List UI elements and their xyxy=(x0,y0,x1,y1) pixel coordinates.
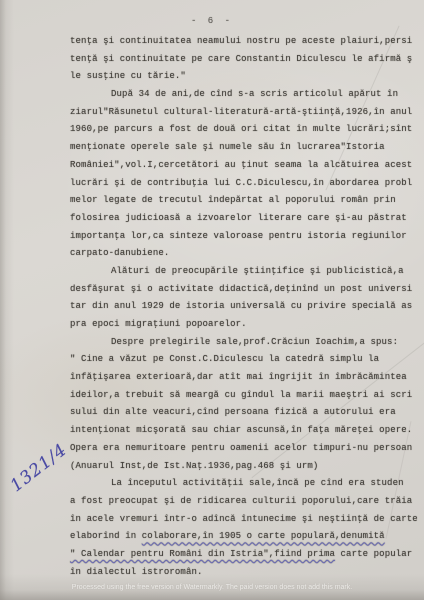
ink-underlined-text: colaborare,în 1905 o carte populară,denu… xyxy=(142,531,385,541)
text-line: menţionate operele sale şi numele său în… xyxy=(70,139,420,157)
text-segment: ideilor,a trebuit să meargă cu gîndul la… xyxy=(70,390,412,400)
text-segment: lucrări şi de contribuţia lui C.C.Dicule… xyxy=(70,178,412,188)
ink-underlined-text: " Calendar pentru Români din Istria",fii… xyxy=(70,549,335,559)
text-line: tenţă şi continuitate pe care Constantin… xyxy=(70,51,420,69)
text-segment: Despre prelegirile sale,prof.Crăciun Ioa… xyxy=(111,337,398,347)
text-segment: (Anuarul Inst,de Ist.Naţ.1936,pag.468 şi… xyxy=(70,461,318,471)
text-line: elaborînd în colaborare,în 1905 o carte … xyxy=(70,528,420,546)
text-line: ziarul"Răsunetul cultural-literatură-art… xyxy=(70,104,420,122)
text-line: ideilor,a trebuit să meargă cu gîndul la… xyxy=(70,387,420,405)
text-line: melor legate de trecutul îndepărtat al p… xyxy=(70,192,420,210)
text-segment: în dialectul istroromân. xyxy=(70,567,203,577)
text-line: desfăşurat şi o activitate didactică,deţ… xyxy=(70,281,420,299)
text-line: în acele vremuri într-o adîncă întunecim… xyxy=(70,511,420,529)
text-line: 1960,pe parcurs a fost de două ori citat… xyxy=(70,121,420,139)
page-number: - 6 - xyxy=(0,16,424,26)
text-segment: Alături de preocupările ştiinţifice şi p… xyxy=(111,266,404,276)
text-line: lucrări şi de contribuţia lui C.C.Dicule… xyxy=(70,175,420,193)
text-segment: carpato-danubiene. xyxy=(70,248,169,258)
text-segment: le susţine cu tărie." xyxy=(70,71,186,81)
text-line: tar din anul 1929 de istoria universală … xyxy=(70,298,420,316)
text-segment: folosirea judicioasă a izvoarelor litera… xyxy=(70,213,407,223)
text-segment: După 34 de ani,de cînd s-a scris articol… xyxy=(111,89,398,99)
text-segment: intenţionat micşorată sau chiar ascunsă,… xyxy=(70,425,412,435)
text-line: tenţa şi continuitatea neamului nostru p… xyxy=(70,33,420,51)
text-segment: ziarul"Răsunetul cultural-literatură-art… xyxy=(70,107,412,117)
text-segment: sului din alte veacuri,cînd persoana fiz… xyxy=(70,407,396,417)
text-line: După 34 de ani,de cînd s-a scris articol… xyxy=(70,86,420,104)
text-line: a fost preocupat şi de ridicarea culturi… xyxy=(70,493,420,511)
text-segment: 1960,pe parcurs a fost de două ori citat… xyxy=(70,124,412,134)
text-segment: importanţa lor,ca sinteze valoroase pent… xyxy=(70,231,407,241)
text-segment: " Cine a văzut pe Const.C.Diculescu la c… xyxy=(70,354,379,364)
text-segment: tenţă şi continuitate pe care Constantin… xyxy=(70,54,412,64)
text-segment: La începutul activităţii sale,încă pe cî… xyxy=(111,478,404,488)
text-segment: Opera era nemuritoare pentru oamenii ace… xyxy=(70,443,412,453)
text-line: României",vol.I,cercetători au ţinut sea… xyxy=(70,157,420,175)
text-line: înfăţişarea exterioară,dar atît mai îngr… xyxy=(70,369,420,387)
text-line: sului din alte veacuri,cînd persoana fiz… xyxy=(70,404,420,422)
scanned-document-page: - 6 - tenţa şi continuitatea neamului no… xyxy=(0,0,424,600)
text-segment: înfăţişarea exterioară,dar atît mai îngr… xyxy=(70,372,407,382)
text-line: în dialectul istroromân. xyxy=(70,564,420,582)
text-line: le susţine cu tărie." xyxy=(70,68,420,86)
text-segment: a fost preocupat şi de ridicarea culturi… xyxy=(70,496,412,506)
watermarkly-trial-watermark: Processed using the free version of Wate… xyxy=(0,584,424,591)
text-line: (Anuarul Inst,de Ist.Naţ.1936,pag.468 şi… xyxy=(70,458,420,476)
handwritten-margin-note: 1321/4 xyxy=(7,440,71,496)
text-segment: pra epoci migraţiuni popoarelor. xyxy=(70,319,247,329)
text-line: importanţa lor,ca sinteze valoroase pent… xyxy=(70,228,420,246)
text-line: " Cine a văzut pe Const.C.Diculescu la c… xyxy=(70,351,420,369)
text-line: Alături de preocupările ştiinţifice şi p… xyxy=(70,263,420,281)
text-line: pra epoci migraţiuni popoarelor. xyxy=(70,316,420,334)
text-segment: elaborînd în xyxy=(70,531,142,541)
text-line: La începutul activităţii sale,încă pe cî… xyxy=(70,475,420,493)
text-line: Opera era nemuritoare pentru oamenii ace… xyxy=(70,440,420,458)
text-segment: tenţa şi continuitatea neamului nostru p… xyxy=(70,36,412,46)
text-segment: în acele vremuri într-o adîncă întunecim… xyxy=(70,514,418,524)
text-line: carpato-danubiene. xyxy=(70,245,420,263)
text-line: Despre prelegirile sale,prof.Crăciun Ioa… xyxy=(70,334,420,352)
text-line: folosirea judicioasă a izvoarelor litera… xyxy=(70,210,420,228)
text-segment: carte popular xyxy=(335,549,412,559)
text-segment: României",vol.I,cercetători au ţinut sea… xyxy=(70,160,412,170)
text-segment: tar din anul 1929 de istoria universală … xyxy=(70,301,412,311)
text-segment: melor legate de trecutul îndepărtat al p… xyxy=(70,195,396,205)
text-segment: menţionate operele sale şi numele său în… xyxy=(70,142,385,152)
text-segment: desfăşurat şi o activitate didactică,deţ… xyxy=(70,284,412,294)
text-line: " Calendar pentru Români din Istria",fii… xyxy=(70,546,420,564)
text-line: intenţionat micşorată sau chiar ascunsă,… xyxy=(70,422,420,440)
typewritten-text-block: tenţa şi continuitatea neamului nostru p… xyxy=(70,33,420,581)
